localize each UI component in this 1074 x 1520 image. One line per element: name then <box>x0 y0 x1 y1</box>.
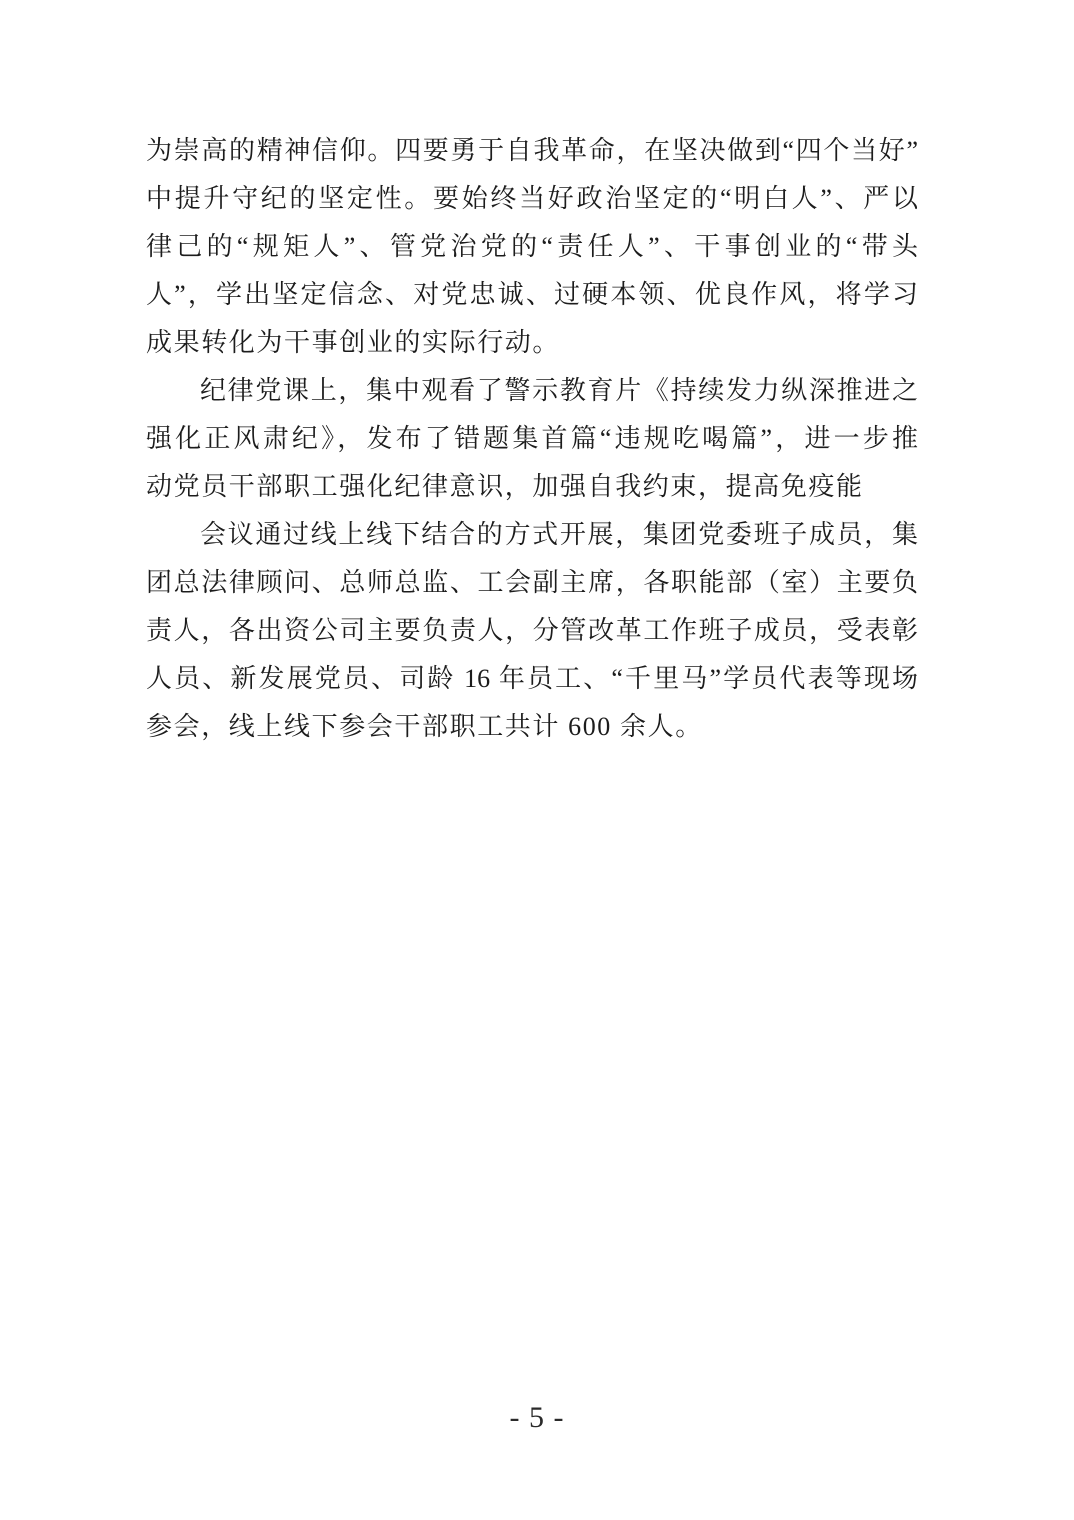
text-line: 动党员干部职工强化纪律意识，加强自我约束，提高免疫能力。 <box>146 463 918 511</box>
text-line: 责人，各出资公司主要负责人，分管改革工作班子成员，受表彰 <box>146 607 918 655</box>
text-line: 参会，线上线下参会干部职工共计 600 余人。 <box>146 703 918 751</box>
paragraph: 为崇高的精神信仰。四要勇于自我革命，在坚决做到“四个当好” 中提升守纪的坚定性。… <box>146 127 918 367</box>
text-line: 为崇高的精神信仰。四要勇于自我革命，在坚决做到“四个当好” <box>146 127 918 175</box>
text-line: 强化正风肃纪》，发布了错题集首篇“违规吃喝篇”，进一步推 <box>146 415 918 463</box>
text-line: 律己的“规矩人”、管党治党的“责任人”、干事创业的“带头 <box>146 223 918 271</box>
text-line: 中提升守纪的坚定性。要始终当好政治坚定的“明白人”、严以 <box>146 175 918 223</box>
text-line: 成果转化为干事创业的实际行动。 <box>146 319 918 367</box>
page-footer: - 5 - <box>0 1400 1074 1436</box>
paragraph: 纪律党课上，集中观看了警示教育片《持续发力纵深推进之 强化正风肃纪》，发布了错题… <box>146 367 918 511</box>
document-body: 为崇高的精神信仰。四要勇于自我革命，在坚决做到“四个当好” 中提升守纪的坚定性。… <box>146 127 918 751</box>
text-line: 团总法律顾问、总师总监、工会副主席，各职能部（室）主要负 <box>146 559 918 607</box>
page-number: - 5 - <box>510 1401 565 1434</box>
text-line: 会议通过线上线下结合的方式开展，集团党委班子成员，集 <box>146 511 918 559</box>
text-line: 纪律党课上，集中观看了警示教育片《持续发力纵深推进之 <box>146 367 918 415</box>
text-line: 人”，学出坚定信念、对党忠诚、过硬本领、优良作风，将学习 <box>146 271 918 319</box>
text-line: 人员、新发展党员、司龄 16 年员工、“千里马”学员代表等现场 <box>146 655 918 703</box>
document-page: 为崇高的精神信仰。四要勇于自我革命，在坚决做到“四个当好” 中提升守纪的坚定性。… <box>0 0 1074 1520</box>
paragraph: 会议通过线上线下结合的方式开展，集团党委班子成员，集 团总法律顾问、总师总监、工… <box>146 511 918 751</box>
